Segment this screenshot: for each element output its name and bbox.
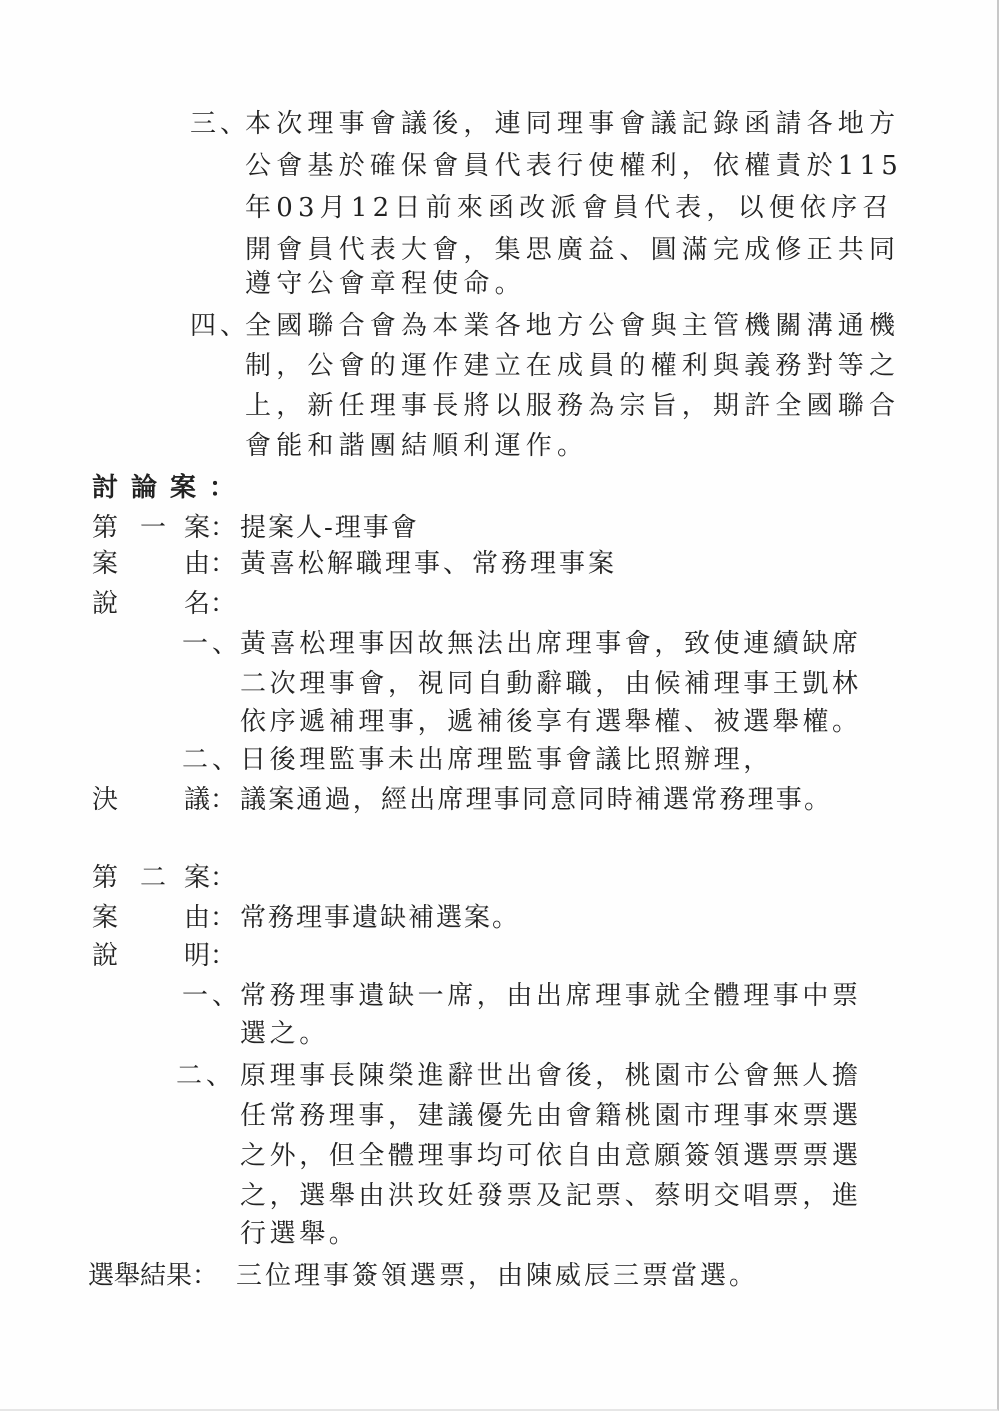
label-char: 第 — [92, 862, 118, 894]
case1-resolution: 議案通過，經出席理事同意同時補選常務理事。 — [240, 784, 832, 816]
item-text-line: 制，公會的運作建立在成員的權利與義務對等之 — [245, 350, 900, 382]
item-number: 三、 — [190, 108, 250, 140]
label-char: 說 — [92, 940, 118, 972]
case1-proposer: 提案人-理事會 — [240, 512, 419, 544]
item-text-line: 本次理事會議後，連同理事會議記錄函請各地方 — [245, 108, 900, 140]
case2-result-label: 選舉結果： — [88, 1260, 218, 1292]
label-char: 第 — [92, 512, 118, 544]
case2-reason: 常務理事遺缺補選案。 — [240, 902, 520, 934]
explain-text-line: 常務理事遺缺一席，由出席理事就全體理事中票 — [240, 980, 862, 1012]
item-text-line: 開會員代表大會，集思廣益、圓滿完成修正共同 — [245, 234, 900, 266]
label-char: 決 — [92, 784, 118, 816]
item-text-line: 會能和諧團結順利運作。 — [245, 430, 588, 462]
item-text-line: 上，新任理事長將以服務為宗旨，期許全國聯合 — [245, 390, 900, 422]
explain-text-line: 行選舉。 — [240, 1218, 358, 1250]
label-char: 由： — [184, 902, 236, 934]
explain-text-line: 二次理事會，視同自動辭職，由候補理事王凱林 — [240, 668, 862, 700]
label-char: 一 — [140, 512, 166, 544]
label-char: 案： — [184, 862, 236, 894]
label-char: 案 — [92, 902, 118, 934]
label-char: 由： — [184, 548, 236, 580]
item-text-line: 遵守公會章程使命。 — [245, 268, 526, 300]
explain-text-line: 原理事長陳榮進辭世出會後，桃園市公會無人擔 — [240, 1060, 862, 1092]
explain-text-line: 依序遞補理事，遞補後享有選舉權、被選舉權。 — [240, 706, 862, 738]
section-title-discussion: 討論案： — [92, 472, 248, 504]
item-number: 四、 — [190, 310, 250, 342]
explain-number: 一、 — [182, 980, 242, 1012]
label-char: 議： — [184, 784, 236, 816]
case2-result: 三位理事簽領選票，由陳威辰三票當選。 — [236, 1260, 758, 1292]
label-char: 明： — [184, 940, 236, 972]
item-text-line: 全國聯合會為本業各地方公會與主管機關溝通機 — [245, 310, 900, 342]
label-char: 案： — [184, 512, 236, 544]
case1-reason: 黃喜松解職理事、常務理事案 — [240, 548, 617, 580]
explain-text-line: 之，選舉由洪玫妊發票及記票、蔡明交唱票，進 — [240, 1180, 862, 1212]
item-text-line: 公會基於確保會員代表行使權利，依權責於115 — [245, 150, 903, 182]
document-page: 三、 本次理事會議後，連同理事會議記錄函請各地方 公會基於確保會員代表行使權利，… — [0, 0, 999, 1411]
label-char: 案 — [92, 548, 118, 580]
explain-number: 一、 — [182, 628, 242, 660]
explain-text-line: 選之。 — [240, 1018, 329, 1050]
explain-text-line: 黃喜松理事因故無法出席理事會，致使連續缺席 — [240, 628, 862, 660]
label-char: 名： — [184, 588, 236, 620]
explain-number: 二、 — [182, 744, 242, 776]
explain-text-line: 任常務理事，建議優先由會籍桃園市理事來票選 — [240, 1100, 862, 1132]
item-text-line: 年03月12日前來函改派會員代表，以便依序召 — [245, 192, 894, 224]
label-char: 說 — [92, 588, 118, 620]
label-char: 二 — [140, 862, 166, 894]
explain-number: 二、 — [176, 1060, 236, 1092]
explain-text-line: 之外，但全體理事均可依自由意願簽領選票票選 — [240, 1140, 862, 1172]
explain-text-line: 日後理監事未出席理監事會議比照辦理， — [240, 744, 773, 776]
